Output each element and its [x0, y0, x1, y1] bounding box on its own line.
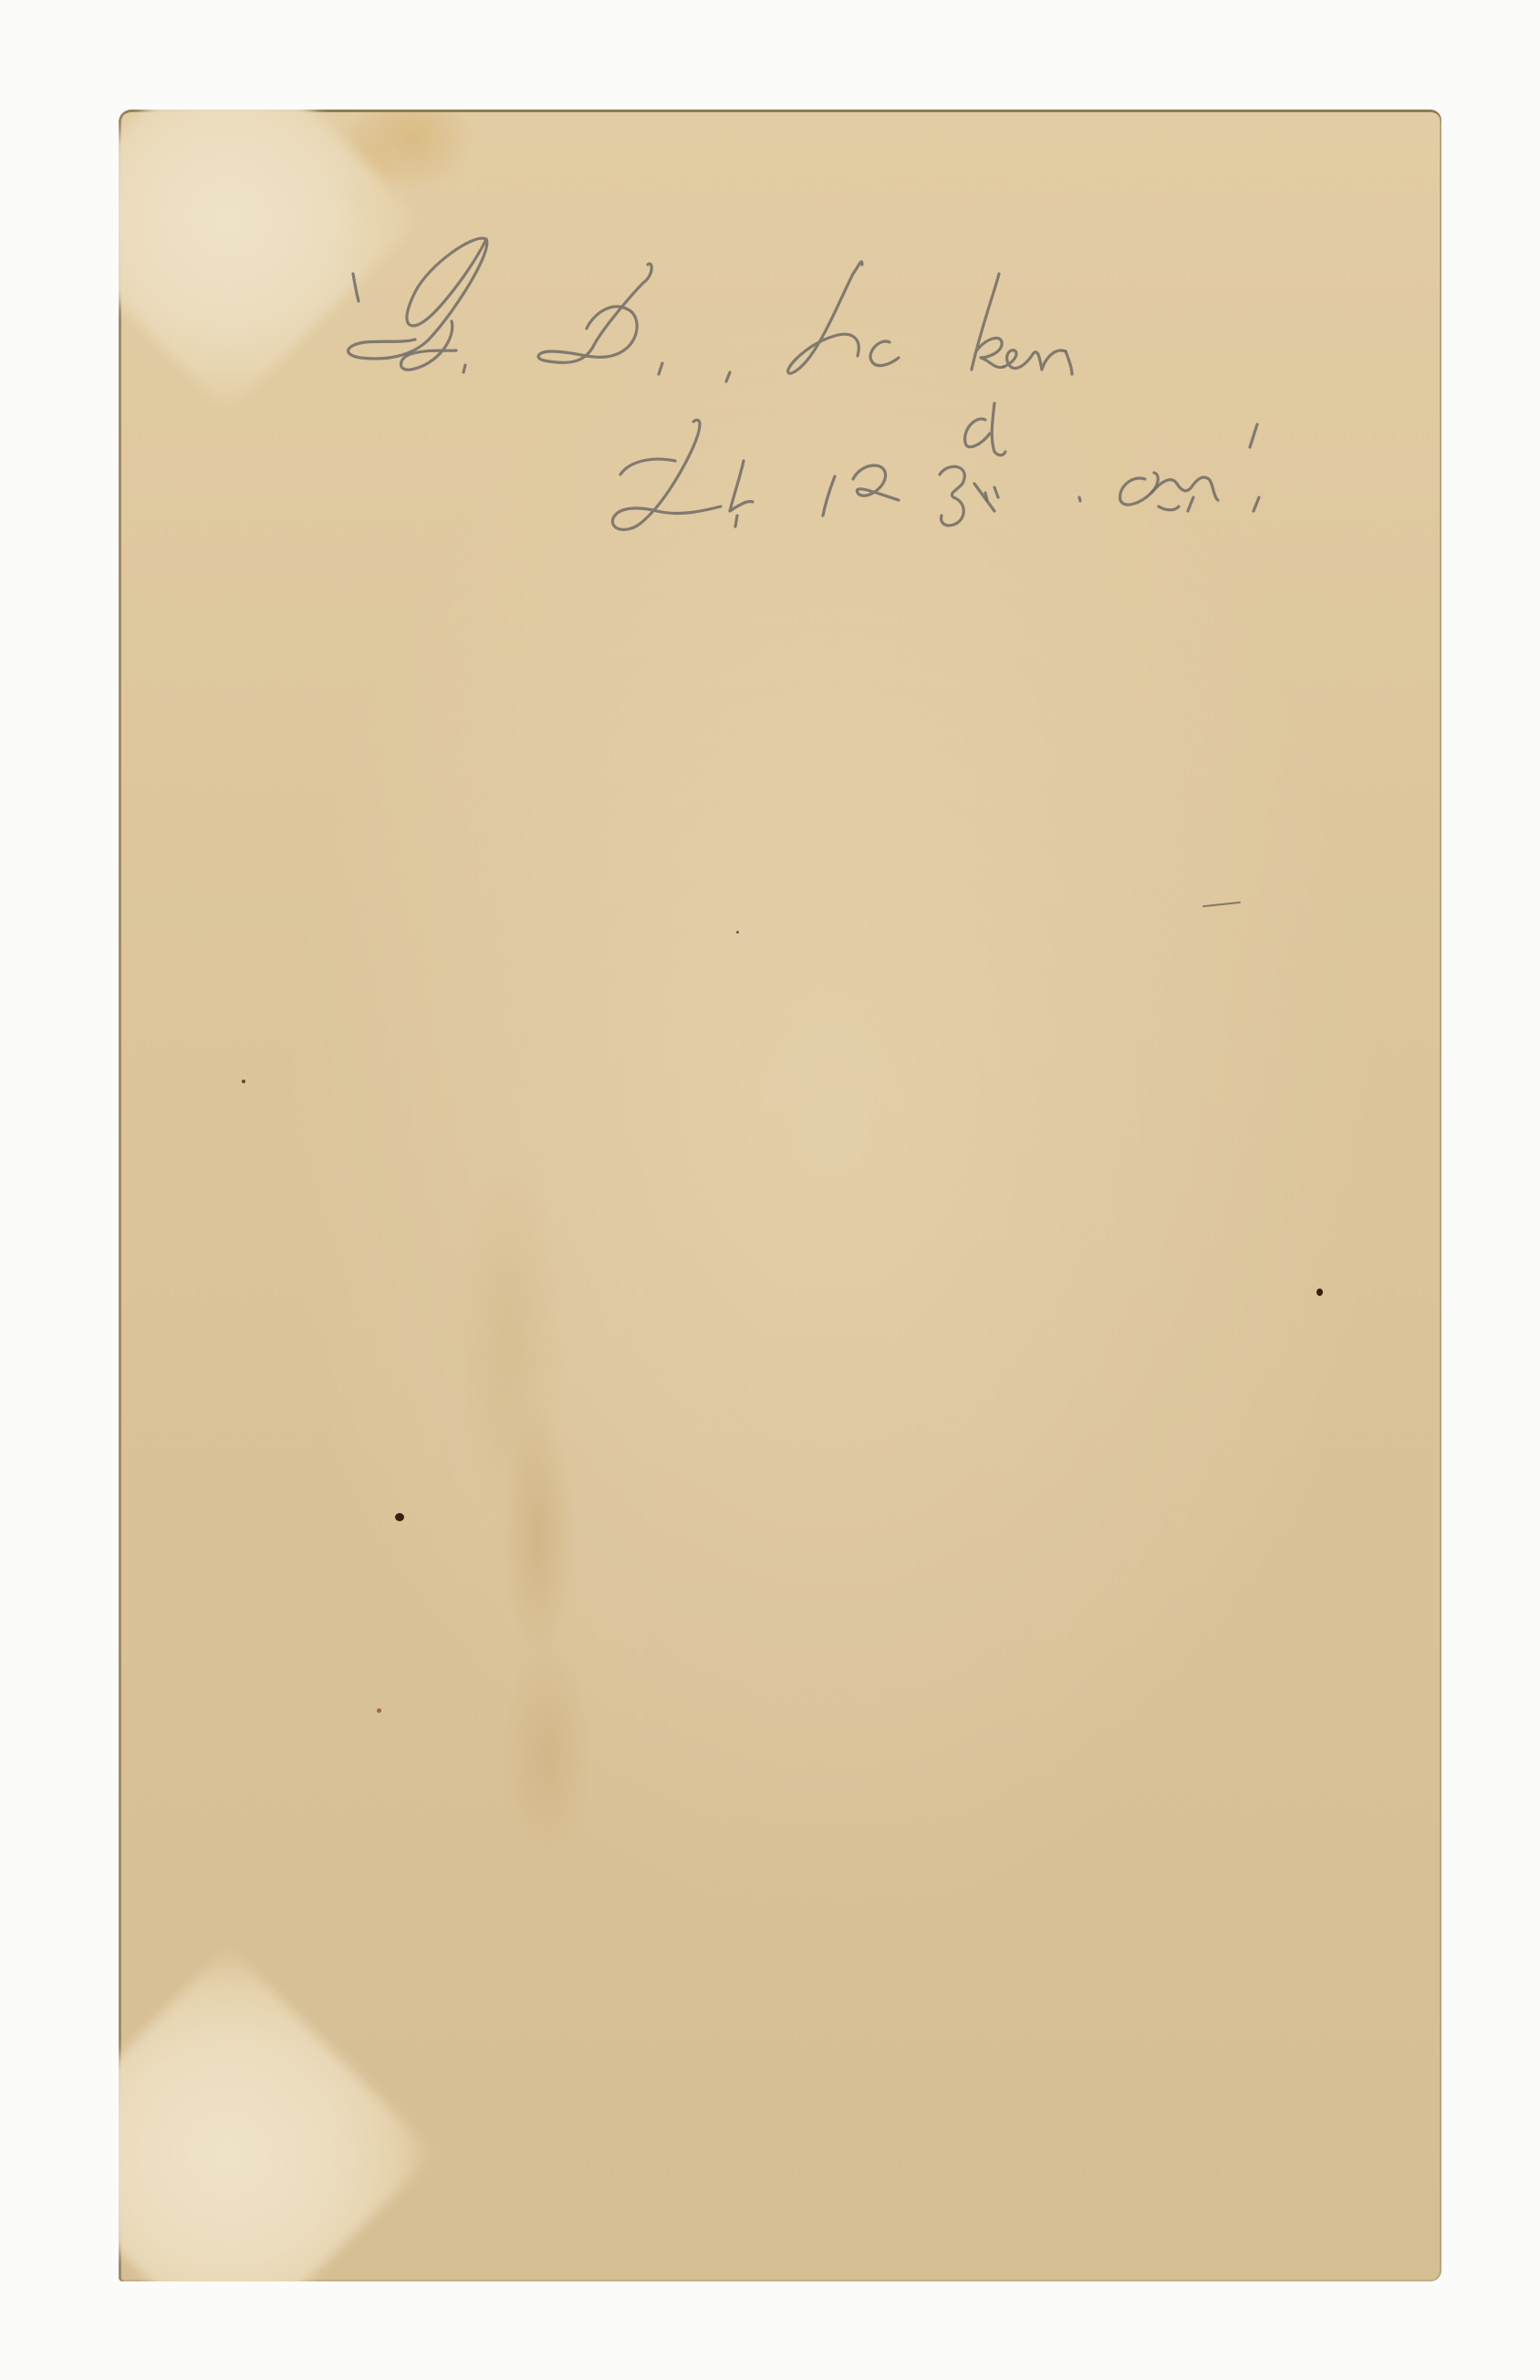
speck [377, 1708, 381, 1713]
inscription-rank-unit: Lt. 123d O.V.I. [579, 429, 1134, 523]
inscription-rank: Lt. [579, 429, 691, 523]
inscription-name: G. D. Acker [343, 274, 848, 376]
light-patch-bottom-left [119, 1947, 434, 2281]
inscription-regiment-number: 123 [716, 429, 869, 523]
speck [242, 1080, 245, 1083]
ink-spot [1316, 1289, 1323, 1296]
ink-spot [395, 1513, 404, 1521]
inscription-unit: O.V.I. [921, 429, 1134, 523]
speck [736, 931, 739, 934]
pencil-dash [1202, 902, 1241, 907]
scan-background: G. D. Acker Lt. 123d O.V.I. [0, 0, 1540, 2380]
inscription-ordinal-suffix: d [869, 440, 895, 486]
